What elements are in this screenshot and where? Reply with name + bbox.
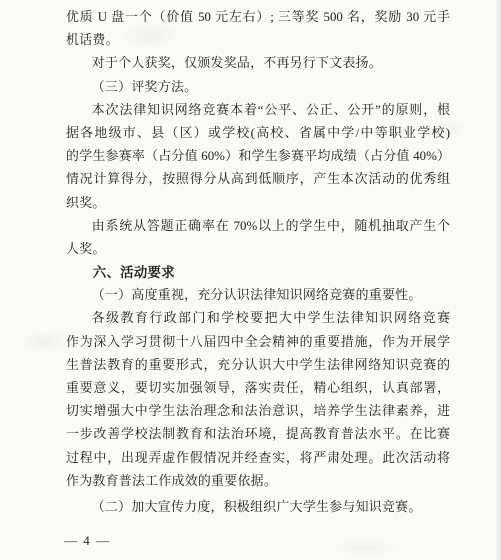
- subheading-line: （一）高度重视，充分认识法律知识网络竞赛的重要性。: [66, 284, 450, 307]
- body-line: 的学生参赛率（占分值 60%）和学生参赛平均成绩（占分值 40%）: [66, 145, 450, 168]
- body-line: 作为教育普法工作成效的重要依据。: [66, 470, 450, 493]
- scan-smudge: [20, 330, 70, 352]
- body-line: 情况计算得分，按照得分从高到低顺序，产生本次活动的优秀组: [66, 168, 450, 191]
- body-line: 一步改善学校法制教育和法治环境，提高教育普法水平。在比赛: [66, 423, 450, 446]
- body-line: 对于个人获奖，仅颁发奖品，不再另行下文表扬。: [66, 52, 450, 75]
- subheading-line: （二）加大宣传力度，积极组织广大学生参与知识竞赛。: [66, 496, 450, 519]
- subheading-line: （三）评奖方法。: [66, 76, 450, 99]
- scan-smudge: [330, 540, 400, 556]
- body-line: 切实增强大中学生法治理念和法治意识，培养学生法律素养，进: [66, 400, 450, 423]
- body-line: 生普法教育的重要形式，充分认识大中学生法律网络知识竞赛的: [66, 354, 450, 377]
- scanned-document-page: 优质 U 盘一个（价值 50 元左右）; 三等奖 500 名，奖励 30 元手 …: [0, 0, 501, 560]
- body-line: 据各地级市、县（区）或学校(高校、省属中学/中等职业学校): [66, 122, 450, 145]
- body-line: 各级教育行政部门和学校要把大中学生法律知识网络竞赛: [66, 307, 450, 330]
- document-body: 优质 U 盘一个（价值 50 元左右）; 三等奖 500 名，奖励 30 元手 …: [66, 6, 450, 519]
- body-line: 作为深入学习贯彻十八届四中全会精神的重要措施，作为开展学: [66, 331, 450, 354]
- scan-edge-shadow: [496, 0, 501, 560]
- body-line: 过程中，出现弄虚作假情况并经查实，将严肃处理。此次活动将: [66, 447, 450, 470]
- body-line: 由系统从答题正确率在 70%以上的学生中，随机抽取产生个: [66, 215, 450, 238]
- section-heading: 六、活动要求: [66, 261, 450, 284]
- body-line: 织奖。: [66, 192, 450, 215]
- body-line: 优质 U 盘一个（价值 50 元左右）; 三等奖 500 名，奖励 30 元手: [66, 6, 450, 29]
- body-line: 重要意义，要切实加强领导，落实责任，精心组织，认真部署，: [66, 377, 450, 400]
- body-line: 本次法律知识网络竞赛本着“公平、公正、公开”的原则，根: [66, 99, 450, 122]
- body-line: 人奖。: [66, 238, 450, 261]
- footer-page-number: — 4 —: [64, 533, 111, 549]
- body-line: 机话费。: [66, 29, 450, 52]
